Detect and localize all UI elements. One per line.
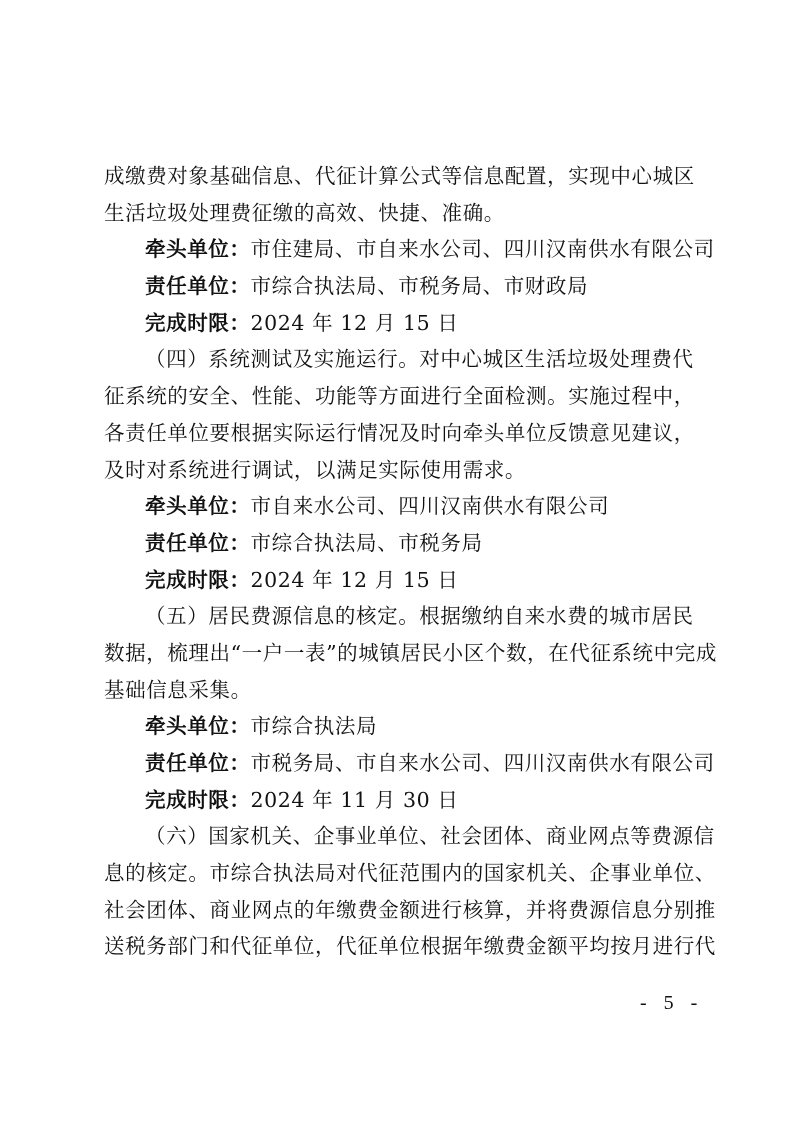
text-line: 及时对系统进行调试，以满足实际使用需求。 [104,452,690,489]
responsible-unit-value: 市综合执法局、市税务局 [251,531,483,555]
responsible-unit-label: 责任单位： [145,274,251,298]
responsible-unit-row: 责任单位：市综合执法局、市税务局、市财政局 [104,268,690,305]
deadline-row: 完成时限：2024 年 12 月 15 日 [104,305,690,342]
paragraph-section-4: （四）系统测试及实施运行。对中心城区生活垃圾处理费代 征系统的安全、性能、功能等… [104,341,690,488]
page-number: - 5 - [640,992,703,1015]
paragraph-section-6: （六）国家机关、企事业单位、社会团体、商业网点等费源信 息的核定。市综合执法局对… [104,818,690,965]
line-text: 成缴费对象基础信息、代征计算公式等信息配置，实现中心城区 [104,158,695,195]
deadline-value: 2024 年 12 月 15 日 [251,568,459,592]
text-line: （五）居民费源信息的核定。根据缴纳自来水费的城市居民 [104,598,690,635]
text-line: （六）国家机关、企事业单位、社会团体、商业网点等费源信 [104,818,690,855]
responsible-unit-row: 责任单位：市税务局、市自来水公司、四川汉南供水有限公司 [104,745,690,782]
text-line: 成缴费对象基础信息、代征计算公式等信息配置，实现中心城区 [104,158,690,195]
lead-unit-value: 市住建局、市自来水公司、四川汉南供水有限公司 [251,237,715,261]
text-line: 送税务部门和代征单位，代征单位根据年缴费金额平均按月进行代 [104,928,690,965]
deadline-value: 2024 年 12 月 15 日 [251,311,459,335]
responsible-unit-label: 责任单位： [145,751,251,775]
responsible-unit-row: 责任单位：市综合执法局、市税务局 [104,525,690,562]
text-line: 息的核定。市综合执法局对代征范围内的国家机关、企事业单位、 [104,855,690,892]
lead-unit-value: 市自来水公司、四川汉南供水有限公司 [251,494,610,518]
deadline-value: 2024 年 11 月 30 日 [251,788,459,812]
paragraph-continuation: 成缴费对象基础信息、代征计算公式等信息配置，实现中心城区 生活垃圾处理费征缴的高… [104,158,690,231]
lead-unit-label: 牵头单位： [145,714,251,738]
lead-unit-row: 牵头单位：市自来水公司、四川汉南供水有限公司 [104,488,690,525]
assignment-block-4: 牵头单位：市自来水公司、四川汉南供水有限公司 责任单位：市综合执法局、市税务局 … [104,488,690,598]
lead-unit-value: 市综合执法局 [251,714,378,738]
text-line: 生活垃圾处理费征缴的高效、快捷、准确。 [104,195,690,232]
responsible-unit-label: 责任单位： [145,531,251,555]
lead-unit-row: 牵头单位：市住建局、市自来水公司、四川汉南供水有限公司 [104,231,690,268]
lead-unit-label: 牵头单位： [145,237,251,261]
text-line: 数据，梳理出“一户一表”的城镇居民小区个数，在代征系统中完成 [104,635,690,672]
text-line: （四）系统测试及实施运行。对中心城区生活垃圾处理费代 [104,341,690,378]
text-line: 基础信息采集。 [104,672,690,709]
deadline-row: 完成时限：2024 年 12 月 15 日 [104,562,690,599]
responsible-unit-value: 市综合执法局、市税务局、市财政局 [251,274,589,298]
lead-unit-row: 牵头单位：市综合执法局 [104,708,690,745]
deadline-label: 完成时限： [145,311,251,335]
assignment-block-3: 牵头单位：市住建局、市自来水公司、四川汉南供水有限公司 责任单位：市综合执法局、… [104,231,690,341]
deadline-label: 完成时限： [145,788,251,812]
assignment-block-5: 牵头单位：市综合执法局 责任单位：市税务局、市自来水公司、四川汉南供水有限公司 … [104,708,690,818]
responsible-unit-value: 市税务局、市自来水公司、四川汉南供水有限公司 [251,751,715,775]
text-line: 各责任单位要根据实际运行情况及时向牵头单位反馈意见建议， [104,415,690,452]
text-line: 社会团体、商业网点的年缴费金额进行核算，并将费源信息分别推 [104,892,690,929]
document-body: 成缴费对象基础信息、代征计算公式等信息配置，实现中心城区 生活垃圾处理费征缴的高… [104,158,690,965]
deadline-row: 完成时限：2024 年 11 月 30 日 [104,782,690,819]
text-line: 征系统的安全、性能、功能等方面进行全面检测。实施过程中， [104,378,690,415]
lead-unit-label: 牵头单位： [145,494,251,518]
paragraph-section-5: （五）居民费源信息的核定。根据缴纳自来水费的城市居民 数据，梳理出“一户一表”的… [104,598,690,708]
deadline-label: 完成时限： [145,568,251,592]
